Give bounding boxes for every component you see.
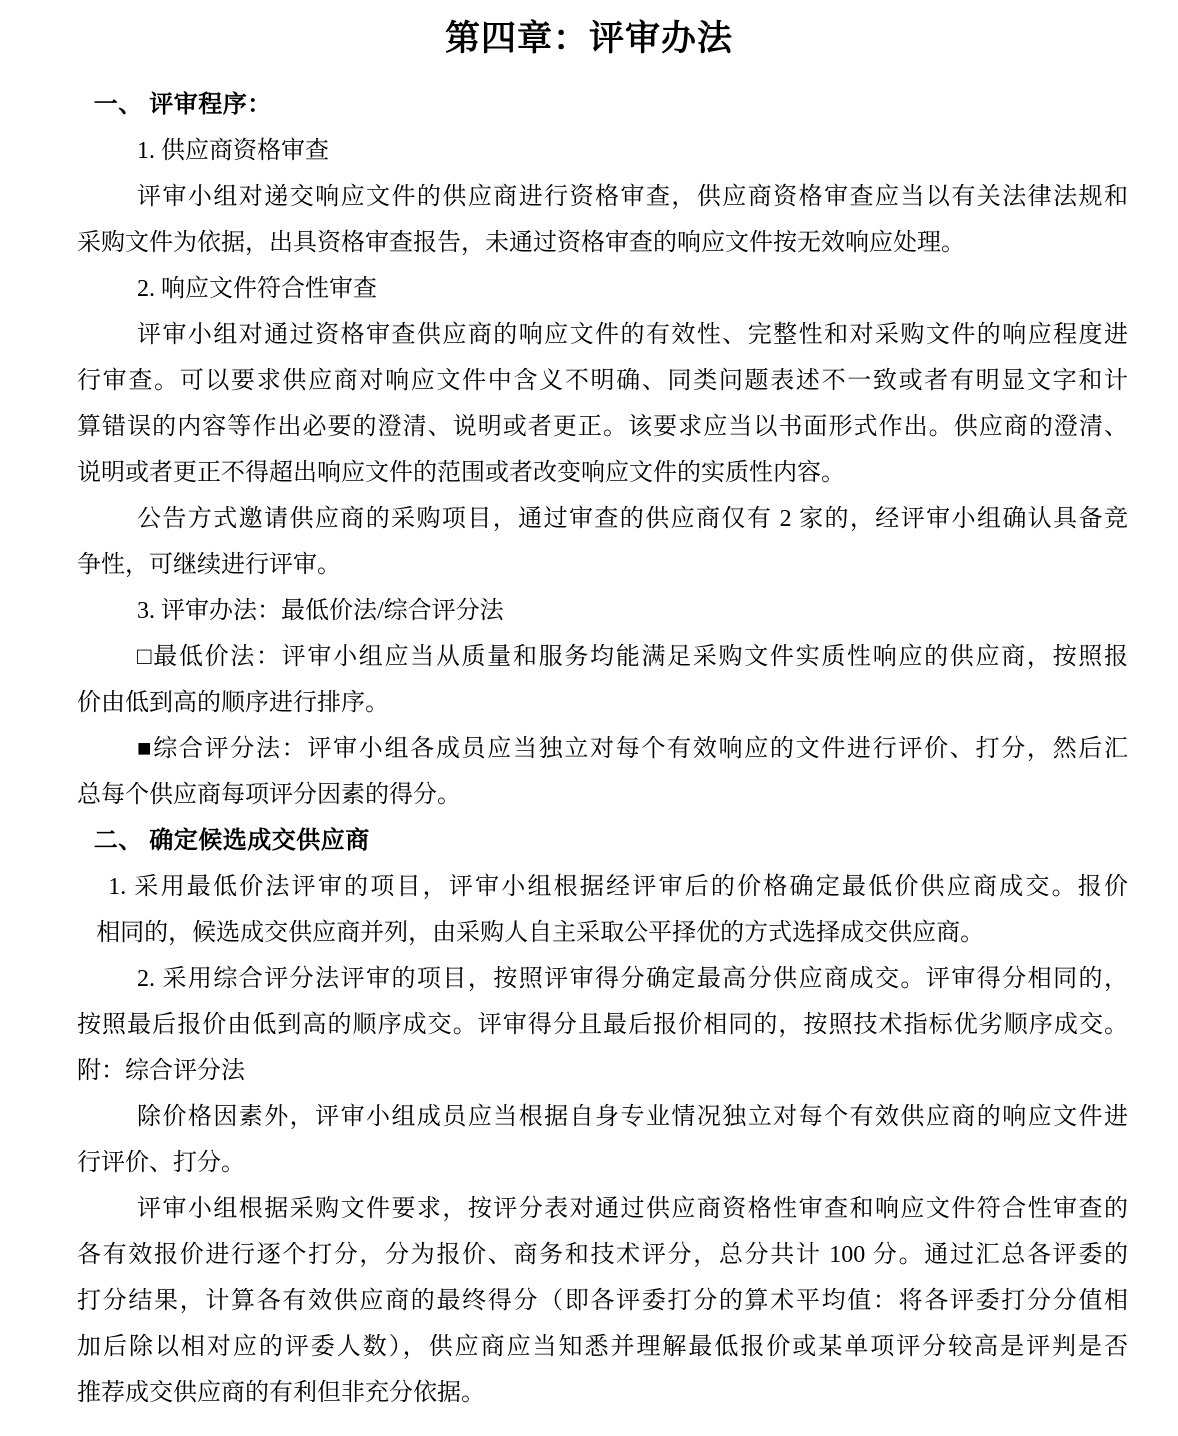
text-line: 除价格因素外，评审小组成员应当根据自身专业情况独立对每个有效供应商的响应文件进 (77, 1094, 1128, 1140)
document-page: 第四章：评审办法 一、 评审程序：1. 供应商资格审查评审小组对递交响应文件的供… (0, 0, 1178, 1436)
text-line: 行评价、打分。 (77, 1140, 1128, 1186)
chapter-title: 第四章：评审办法 (0, 10, 1178, 68)
text-line: 1. 采用最低价法评审的项目，评审小组根据经评审后的价格确定最低价供应商成交。报… (77, 864, 1128, 910)
text-line: 加后除以相对应的评委人数），供应商应当知悉并理解最低报价或某单项评分较高是评判是… (77, 1324, 1128, 1370)
text-line: 推荐成交供应商的有利但非充分依据。 (77, 1370, 1128, 1416)
text-line: 行审查。可以要求供应商对响应文件中含义不明确、同类问题表述不一致或者有明显文字和… (77, 358, 1128, 404)
text-line: 争性，可继续进行评审。 (77, 542, 1128, 588)
text-line: 评审小组对通过资格审查供应商的响应文件的有效性、完整性和对采购文件的响应程度进 (77, 312, 1128, 358)
text-line: 评审小组对递交响应文件的供应商进行资格审查，供应商资格审查应当以有关法律法规和 (77, 174, 1128, 220)
text-line: 评审小组根据采购文件要求，按评分表对通过供应商资格性审查和响应文件符合性审查的 (77, 1186, 1128, 1232)
section-heading: 一、 评审程序： (77, 82, 1128, 128)
text-line: 公告方式邀请供应商的采购项目，通过审查的供应商仅有 2 家的，经评审小组确认具备… (77, 496, 1128, 542)
text-line: ■综合评分法：评审小组各成员应当独立对每个有效响应的文件进行评价、打分，然后汇 (77, 726, 1128, 772)
text-line: □最低价法：评审小组应当从质量和服务均能满足采购文件实质性响应的供应商，按照报 (77, 634, 1128, 680)
text-line: 2. 采用综合评分法评审的项目，按照评审得分确定最高分供应商成交。评审得分相同的… (77, 956, 1128, 1002)
text-line: 价由低到高的顺序进行排序。 (77, 680, 1128, 726)
text-line: 采购文件为依据，出具资格审查报告，未通过资格审查的响应文件按无效响应处理。 (77, 220, 1128, 266)
text-line: 2. 响应文件符合性审查 (77, 266, 1128, 312)
text-line: 1. 供应商资格审查 (77, 128, 1128, 174)
text-line: 打分结果，计算各有效供应商的最终得分（即各评委打分的算术平均值：将各评委打分分值… (77, 1278, 1128, 1324)
text-line: 算错误的内容等作出必要的澄清、说明或者更正。该要求应当以书面形式作出。供应商的澄… (77, 404, 1128, 450)
text-line: 各有效报价进行逐个打分，分为报价、商务和技术评分，总分共计 100 分。通过汇总… (77, 1232, 1128, 1278)
text-line: 说明或者更正不得超出响应文件的范围或者改变响应文件的实质性内容。 (77, 450, 1128, 496)
text-line: 3. 评审办法：最低价法/综合评分法 (77, 588, 1128, 634)
text-line: 相同的，候选成交供应商并列，由采购人自主采取公平择优的方式选择成交供应商。 (77, 910, 1128, 956)
text-line: 总每个供应商每项评分因素的得分。 (77, 772, 1128, 818)
text-line: 附：综合评分法 (77, 1048, 1128, 1094)
document-body: 一、 评审程序：1. 供应商资格审查评审小组对递交响应文件的供应商进行资格审查，… (77, 82, 1128, 1416)
section-heading: 二、 确定候选成交供应商 (77, 818, 1128, 864)
text-line: 按照最后报价由低到高的顺序成交。评审得分且最后报价相同的，按照技术指标优劣顺序成… (77, 1002, 1128, 1048)
